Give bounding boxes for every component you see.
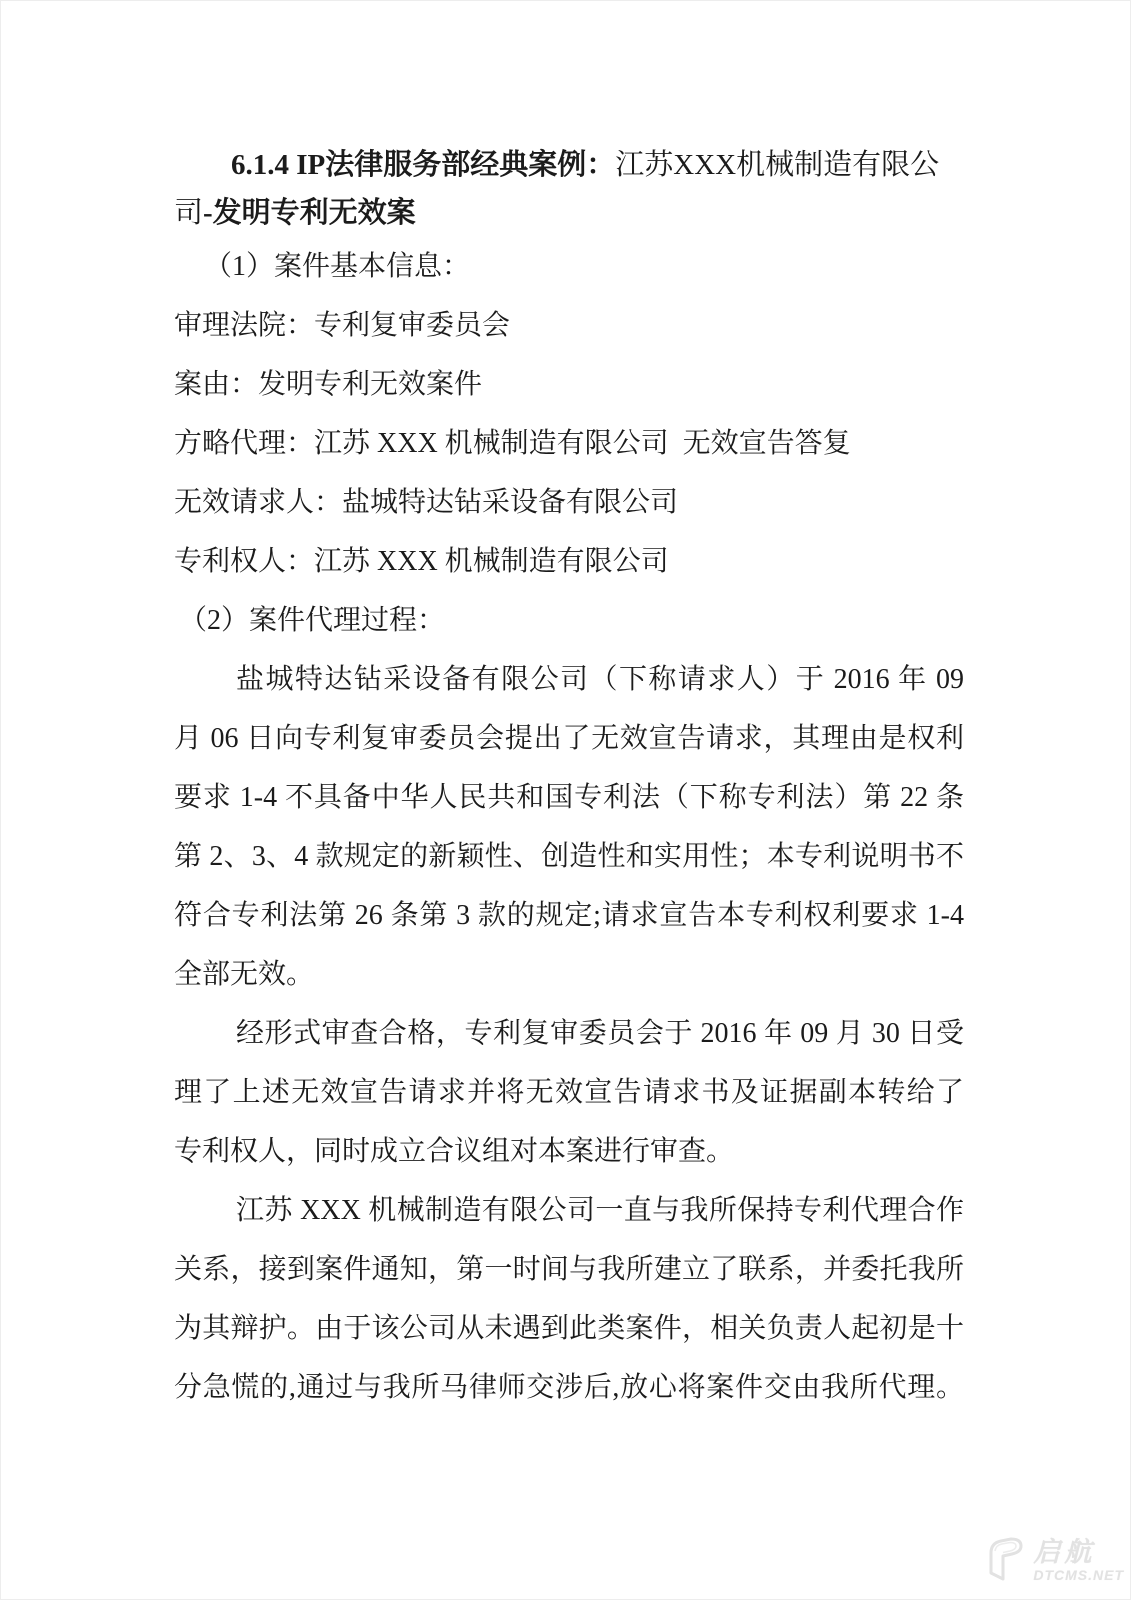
- title-line-2: 司-发明专利无效案: [174, 189, 964, 237]
- paragraph-2-line-1: 经形式审查合格，专利复审委员会于 2016 年 09 月 30 日受: [174, 1004, 964, 1063]
- cause-line: 案由：发明专利无效案件: [174, 355, 964, 414]
- watermark-text: 启航 DTCMS.NET: [1033, 1539, 1124, 1582]
- dtcms-logo-icon: [981, 1535, 1029, 1585]
- paragraph-1-line-4: 第 2、3、4 款规定的新颖性、创造性和实用性；本专利说明书不: [174, 827, 964, 886]
- watermark-site: DTCMS.NET: [1033, 1568, 1124, 1582]
- title-line-1: 6.1.4 IP法律服务部经典案例：江苏XXX机械制造有限公: [174, 141, 964, 189]
- watermark: 启航 DTCMS.NET: [981, 1535, 1124, 1585]
- title-company-name-cont: 司: [174, 197, 203, 229]
- title-number-and-label: 6.1.4 IP法律服务部经典案例：: [231, 149, 615, 181]
- section-2-heading: （2）案件代理过程：: [174, 591, 964, 650]
- paragraph-1-line-6: 全部无效。: [174, 945, 964, 1004]
- paragraph-1-line-3: 要求 1-4 不具备中华人民共和国专利法（下称专利法）第 22 条: [174, 768, 964, 827]
- title-case-type: -发明专利无效案: [203, 197, 416, 229]
- section-title: 6.1.4 IP法律服务部经典案例：江苏XXX机械制造有限公 司-发明专利无效案: [174, 141, 964, 237]
- document-page: 6.1.4 IP法律服务部经典案例：江苏XXX机械制造有限公 司-发明专利无效案…: [0, 0, 1131, 1600]
- paragraph-1-line-2: 月 06 日向专利复审委员会提出了无效宣告请求，其理由是权利: [174, 709, 964, 768]
- document-body: （1）案件基本信息： 审理法院：专利复审委员会 案由：发明专利无效案件 方略代理…: [174, 237, 964, 1417]
- paragraph-2-line-3: 专利权人，同时成立合议组对本案进行审查。: [174, 1122, 964, 1181]
- paragraph-3-line-1: 江苏 XXX 机械制造有限公司一直与我所保持专利代理合作: [174, 1181, 964, 1240]
- document-content: 6.1.4 IP法律服务部经典案例：江苏XXX机械制造有限公 司-发明专利无效案…: [174, 141, 964, 1417]
- section-1-heading: （1）案件基本信息：: [174, 237, 964, 296]
- patentee-line: 专利权人：江苏 XXX 机械制造有限公司: [174, 532, 964, 591]
- paragraph-3-line-2: 关系，接到案件通知，第一时间与我所建立了联系，并委托我所: [174, 1240, 964, 1299]
- court-line: 审理法院：专利复审委员会: [174, 296, 964, 355]
- paragraph-1-line-1: 盐城特达钻采设备有限公司（下称请求人）于 2016 年 09: [174, 650, 964, 709]
- paragraph-1-line-5: 符合专利法第 26 条第 3 款的规定;请求宣告本专利权利要求 1-4: [174, 886, 964, 945]
- watermark-brand: 启航: [1033, 1539, 1095, 1566]
- petitioner-line: 无效请求人：盐城特达钻采设备有限公司: [174, 473, 964, 532]
- agency-line: 方略代理：江苏 XXX 机械制造有限公司 无效宣告答复: [174, 414, 964, 473]
- paragraph-3-line-4: 分急慌的,通过与我所马律师交涉后,放心将案件交由我所代理。: [174, 1358, 964, 1417]
- title-company-name: 江苏XXX机械制造有限公: [615, 149, 939, 181]
- paragraph-3-line-3: 为其辩护。由于该公司从未遇到此类案件，相关负责人起初是十: [174, 1299, 964, 1358]
- paragraph-2-line-2: 理了上述无效宣告请求并将无效宣告请求书及证据副本转给了: [174, 1063, 964, 1122]
